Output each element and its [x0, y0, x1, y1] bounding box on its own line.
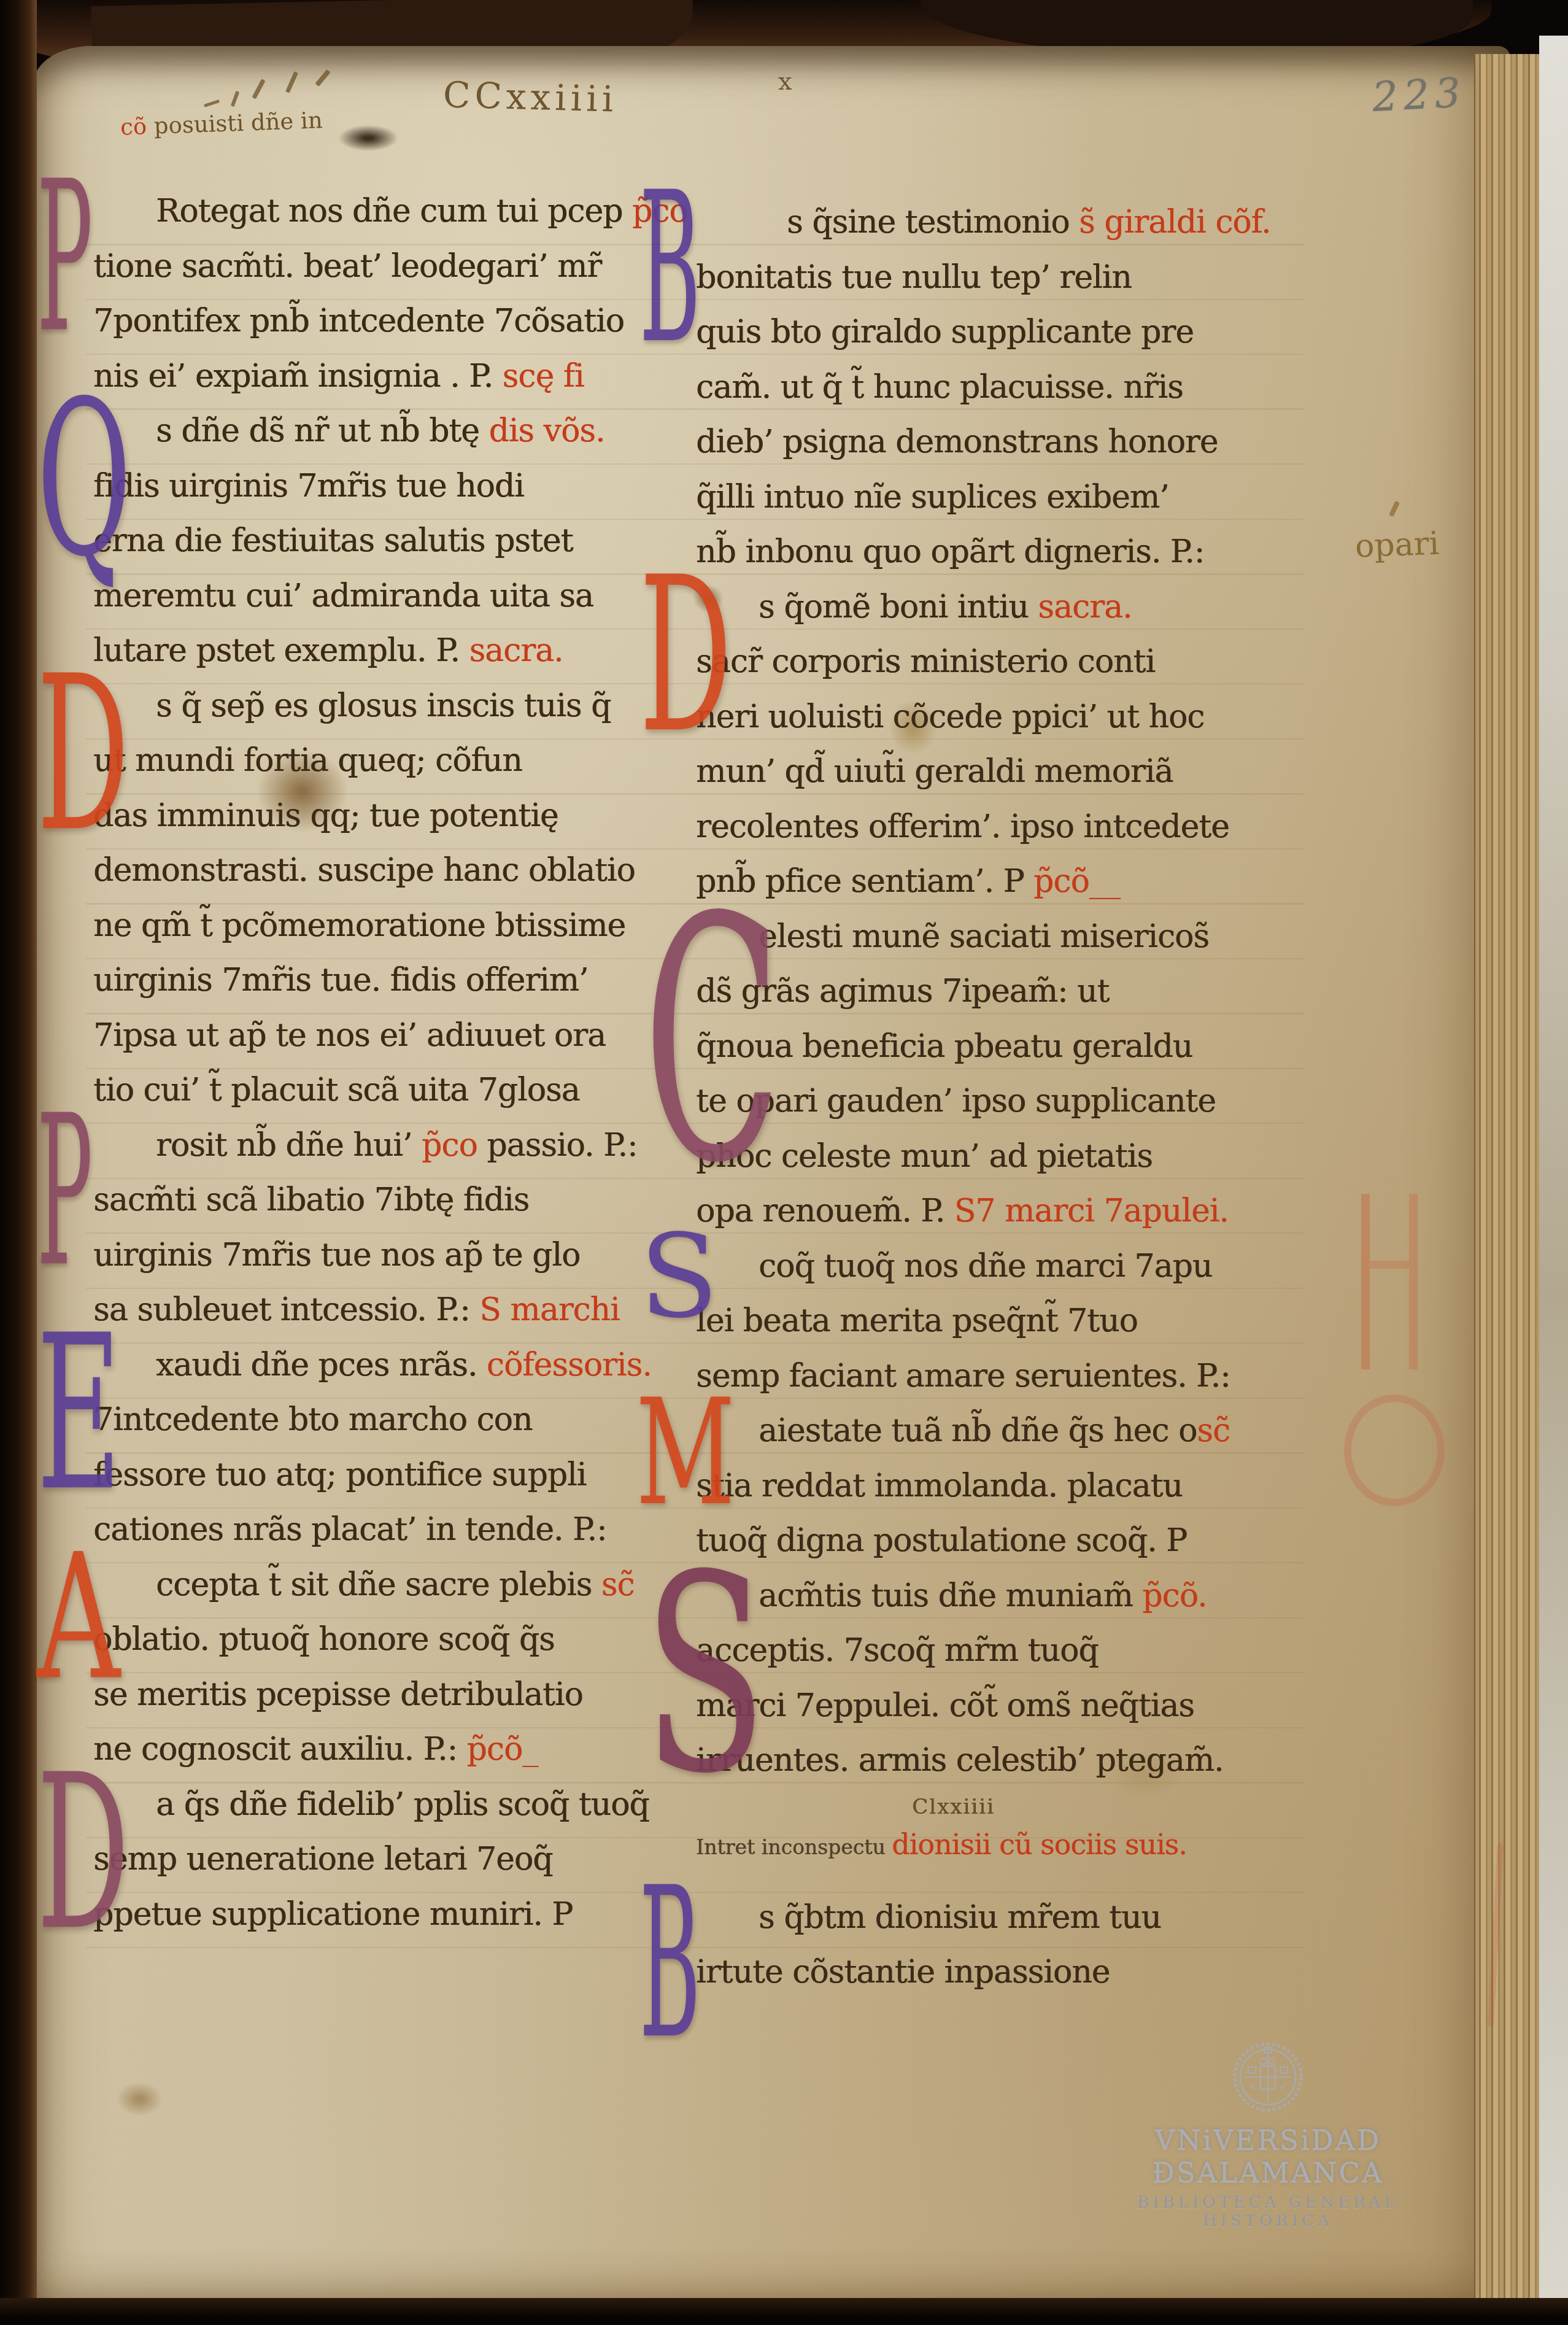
- illuminated-initial: E: [37, 1329, 121, 1500]
- rubric-text: s̃ giraldi cõf.: [1079, 204, 1270, 241]
- text-line: lutare pstet exemplu. P. sacra.: [93, 624, 655, 679]
- prayer-paragraph: Da q̃s dñe fidelib’ pplis scoq̃ tuoq̃sem…: [93, 1778, 655, 1943]
- text-line: nb̃ inbonu quo opãrt digneris. P.:: [696, 525, 1307, 580]
- body-text: demonstrasti. suscipe hanc oblatio: [93, 852, 635, 889]
- text-line: tio cui’ t̃ placuit scã uita 7glosa: [93, 1063, 655, 1118]
- body-text: mun’ qd̃ uiut̃i geraldi memoriã: [696, 753, 1173, 790]
- body-text: neri uoluisti cõcede ppici’ ut hoc: [696, 698, 1204, 735]
- library-watermark: VNiVERSiDAD ĐSALAMANCA BIBLIOTECA GENERA…: [1128, 2041, 1408, 2230]
- rubric-text: dionisii cũ sociis suis.: [892, 1828, 1187, 1861]
- body-text: s q̃ sep̃ es glosus inscis tuis q̃: [156, 687, 611, 724]
- text-line: ppetue supplicatione muniri. P: [93, 1887, 655, 1943]
- pencil-page-number: 223: [1371, 69, 1467, 121]
- body-text: das imminuis qq; tue potentię: [93, 797, 558, 834]
- body-text: lei beata merita pseq̃nt̃ 7tuo: [696, 1302, 1138, 1339]
- text-line: pnb̃ pfice sentiam’. P p̃cõ__: [696, 854, 1307, 910]
- watermark-university-name: VNiVERSiDAD: [1128, 2124, 1408, 2156]
- text-line: oblatio. ptuoq̃ honore scoq̃ q̃s: [93, 1612, 655, 1668]
- text-line: s q̃sine testimonio s̃ giraldi cõf.: [696, 195, 1307, 250]
- body-text: semp ueneratione letari 7eoq̃: [93, 1841, 552, 1878]
- body-text: s q̃sine testimonio: [787, 204, 1079, 241]
- text-line: neri uoluisti cõcede ppici’ ut hoc: [696, 690, 1307, 745]
- rubric-text: S marchi: [479, 1291, 620, 1328]
- body-text: tione sacm̃ti. beat’ leodegari’ mr̃: [93, 248, 601, 285]
- text-line: cam̃. ut q̃ t̃ hunc placuisse. nr̃is: [696, 360, 1307, 416]
- body-text: fessore tuo atq; pontifice suppli: [93, 1457, 586, 1493]
- rubric-text: S7 marci 7apulei.: [954, 1193, 1229, 1229]
- illuminated-initial: D: [639, 571, 732, 742]
- rubric-text: sc̃: [1197, 1412, 1230, 1449]
- illuminated-initial: B: [639, 187, 700, 353]
- illuminated-initial: C: [643, 907, 782, 1175]
- illuminated-initial: A: [37, 1549, 120, 1688]
- text-line: quis bto giraldo supplicante pre: [696, 305, 1307, 360]
- body-text: semp faciant amare seruientes. P.:: [696, 1358, 1230, 1395]
- rubric-text: p̃cõ_: [466, 1731, 538, 1768]
- left-text-column: PRotegat nos dñe cum tui pcep p̃cotione …: [93, 184, 655, 1942]
- body-text: ppetue supplicatione muniri. P: [93, 1896, 573, 1933]
- body-text: cam̃. ut q̃ t̃ hunc placuisse. nr̃is: [696, 369, 1183, 406]
- catchword-folio-note: Clxxiiii: [696, 1789, 1307, 1825]
- marginal-note-rubric: cõ: [120, 113, 147, 140]
- text-line: nis ei’ expiam̃ insignia . P. scę fi: [93, 349, 655, 404]
- text-line: sacr̃ corporis ministerio conti: [696, 635, 1307, 690]
- text-line: acceptis. 7scoq̃ mr̃m tuoq̃: [696, 1623, 1307, 1679]
- body-text: Intret inconspectu: [696, 1835, 892, 1859]
- body-text: xaudi dñe pces nrãs.: [156, 1347, 487, 1383]
- body-text: elesti munẽ saciati misericos̃: [759, 918, 1209, 955]
- body-text: bonitatis tue nullu tep’ relin: [696, 259, 1132, 296]
- text-line: te opari gauden’ ipso supplicante: [696, 1074, 1307, 1129]
- rubric-text: cõfessoris.: [487, 1347, 652, 1383]
- text-line: mun’ qd̃ uiut̃i geraldi memoriã: [696, 745, 1307, 800]
- illuminated-initial: S: [639, 1231, 719, 1323]
- rubric-text: sacra.: [469, 632, 563, 669]
- text-line: ne cognoscit auxiliu. P.: p̃cõ_: [93, 1722, 655, 1778]
- right-marginal-note: opari: [1354, 525, 1440, 565]
- text-line: 7pontifex pnb̃ intcedente 7cõsatio: [93, 294, 655, 349]
- body-text: tio cui’ t̃ placuit scã uita 7glosa: [93, 1072, 580, 1108]
- body-text: acm̃tis tuis dñe muniam̃: [759, 1577, 1142, 1614]
- body-text: fidis uirginis 7mr̃is tue hodi: [93, 468, 524, 505]
- folio-number: CCxxiiii: [442, 74, 618, 120]
- text-line: Intret inconspectu dionisii cũ sociis su…: [696, 1825, 1307, 1862]
- body-text: sacm̃ti scã libatio 7ibtę fidis: [93, 1182, 529, 1218]
- prayer-paragraph: Scoq̃ tuoq̃ nos dñe marci 7apulei beata …: [696, 1239, 1307, 1404]
- university-seal-icon: [1232, 2041, 1303, 2113]
- prayer-paragraph: Ds q̃ sep̃ es glosus inscis tuis q̃ut mu…: [93, 679, 655, 1118]
- body-text: nis ei’ expiam̃ insignia . P.: [93, 358, 503, 395]
- book-gutter: [0, 0, 37, 2325]
- text-line: q̃noua beneficia pbeatu geraldu: [696, 1019, 1307, 1075]
- body-text: ne cognoscit auxiliu. P.:: [93, 1731, 466, 1768]
- text-line: Rotegat nos dñe cum tui pcep p̃co: [93, 184, 655, 239]
- prayer-paragraph: Accepta t̃ sit dñe sacre plebis sc̃oblat…: [93, 1558, 655, 1778]
- body-text: a q̃s dñe fidelib’ pplis scoq̃ tuoq̃: [156, 1786, 649, 1823]
- text-line: 7ipsa ut ap̃ te nos ei’ adiuuet ora: [93, 1008, 655, 1064]
- watermark-city-name: ĐSALAMANCA: [1128, 2156, 1408, 2189]
- text-line: s dñe ds̃ nr̃ ut nb̃ btę dis võs.: [93, 404, 655, 459]
- prayer-paragraph: PRotegat nos dñe cum tui pcep p̃cotione …: [93, 184, 655, 404]
- text-line: uirginis 7mr̃is tue nos ap̃ te glo: [93, 1228, 655, 1283]
- text-line: erna die festiuitas salutis pstet: [93, 514, 655, 569]
- text-line: irtute cõstantie inpassione: [696, 1945, 1307, 2000]
- text-line: rosit nb̃ dñe hui’ p̃co passio. P.:: [93, 1118, 655, 1174]
- prayer-paragraph: Sacm̃tis tuis dñe muniam̃ p̃cõ.acceptis.…: [696, 1569, 1307, 1789]
- text-line: semp ueneratione letari 7eoq̃: [93, 1832, 655, 1887]
- text-line: bonitatis tue nullu tep’ relin: [696, 250, 1307, 306]
- body-text: tuoq̃ digna postulatione scoq̃. P: [696, 1522, 1187, 1559]
- body-text: coq̃ tuoq̃ nos dñe marci 7apu: [759, 1248, 1212, 1285]
- watermark-library-name: BIBLIOTECA GENERAL HISTÓRICA: [1128, 2194, 1408, 2230]
- prayer-paragraph: Exaudi dñe pces nrãs. cõfessoris.7intced…: [93, 1338, 655, 1558]
- text-line: aiestate tuã nb̃ dñe q̃s hec osc̃: [696, 1404, 1307, 1459]
- illuminated-initial: D: [37, 1769, 129, 1940]
- body-text: nb̃ inbonu quo opãrt digneris. P.:: [696, 533, 1204, 570]
- body-text: oblatio. ptuoq̃ honore scoq̃ q̃s: [93, 1621, 555, 1658]
- prayer-paragraph: Ds q̃omẽ boni intiu sacra.sacr̃ corporis…: [696, 580, 1307, 910]
- text-line: s q̃ sep̃ es glosus inscis tuis q̃: [93, 679, 655, 734]
- text-line: se meritis pcepisse detribulatio: [93, 1668, 655, 1723]
- text-line: recolentes offerim’. ipso intcedete: [696, 800, 1307, 855]
- body-text: s q̃omẽ boni intiu: [759, 589, 1038, 625]
- prayer-paragraph: Bs q̃btm dionisiu mr̃em tuuirtute cõstan…: [696, 1890, 1307, 2000]
- body-text: uirginis 7mr̃is tue. fidis offerim’: [93, 962, 588, 999]
- text-line: s q̃omẽ boni intiu sacra.: [696, 580, 1307, 635]
- text-line: demonstrasti. suscipe hanc oblatio: [93, 843, 655, 899]
- text-line: acm̃tis tuis dñe muniam̃ p̃cõ.: [696, 1569, 1307, 1624]
- prayer-paragraph: Qs dñe ds̃ nr̃ ut nb̃ btę dis võs.fidis …: [93, 404, 655, 679]
- body-text: quis bto giraldo supplicante pre: [696, 314, 1194, 350]
- interline-note: ClxxiiiiIntret inconspectu dionisii cũ s…: [696, 1789, 1307, 1862]
- text-line: tione sacm̃ti. beat’ leodegari’ mr̃: [93, 239, 655, 295]
- illuminated-initial: B: [639, 1882, 700, 2048]
- body-text: uirginis 7mr̃is tue nos ap̃ te glo: [93, 1237, 580, 1274]
- text-line: marci 7eppulei. cõt̃ oms̃ neq̃tias: [696, 1679, 1307, 1734]
- illuminated-initial: S: [643, 1566, 767, 1784]
- body-text: s q̃btm dionisiu mr̃em tuu: [759, 1899, 1161, 1936]
- text-line: lei beata merita pseq̃nt̃ 7tuo: [696, 1294, 1307, 1349]
- body-text: Rotegat nos dñe cum tui pcep: [156, 193, 622, 230]
- rubric-text: sacra.: [1038, 589, 1132, 625]
- body-text: lutare pstet exemplu. P.: [93, 632, 469, 669]
- text-line: s q̃btm dionisiu mr̃em tuu: [696, 1890, 1307, 1946]
- body-text: marci 7eppulei. cõt̃ oms̃ neq̃tias: [696, 1687, 1194, 1724]
- rubric-text: dis võs.: [489, 412, 604, 449]
- text-line: phoc celeste mun’ ad pietatis: [696, 1129, 1307, 1185]
- text-line: opa renouem̃. P. S7 marci 7apulei.: [696, 1184, 1307, 1239]
- body-text: 7intcedente bto marcho con: [93, 1401, 532, 1438]
- prayer-paragraph: Bs q̃sine testimonio s̃ giraldi cõf.boni…: [696, 195, 1307, 580]
- parchment-stain: [117, 2082, 163, 2116]
- illuminated-initial: P: [37, 1110, 93, 1276]
- body-text: erna die festiuitas salutis pstet: [93, 522, 573, 559]
- text-line: fessore tuo atq; pontifice suppli: [93, 1448, 655, 1503]
- text-line: semp faciant amare seruientes. P.:: [696, 1349, 1307, 1404]
- body-text: ccepta t̃ sit dñe sacre plebis: [156, 1566, 601, 1603]
- text-line: ne qm̃ t̃ pcõmemoratione btissime: [93, 899, 655, 954]
- rubric-text: p̃cõ__: [1033, 863, 1120, 900]
- next-page-edge: [1539, 36, 1568, 2325]
- manuscript-photo: cõ posuisti dñe in CCxxiiii x 223 PRoteg…: [0, 0, 1568, 2325]
- text-line: stia reddat immolanda. placatu: [696, 1459, 1307, 1514]
- body-text: rosit nb̃ dñe hui’: [156, 1127, 422, 1164]
- prayer-paragraph: Prosit nb̃ dñe hui’ p̃co passio. P.:sacm…: [93, 1118, 655, 1338]
- illuminated-initial: Q: [37, 395, 131, 566]
- text-line: ccepta t̃ sit dñe sacre plebis sc̃: [93, 1558, 655, 1613]
- text-line: meremtu cui’ admiranda uita sa: [93, 569, 655, 624]
- text-line: elesti munẽ saciati misericos̃: [696, 910, 1307, 965]
- body-text: cationes nrãs placat’ in tende. P.:: [93, 1511, 606, 1548]
- body-text: recolentes offerim’. ipso intcedete: [696, 808, 1229, 845]
- text-line: cationes nrãs placat’ in tende. P.:: [93, 1503, 655, 1558]
- body-text: passio. P.:: [487, 1127, 637, 1164]
- page-fore-edges: [1474, 54, 1542, 2303]
- prayer-paragraph: Maiestate tuã nb̃ dñe q̃s hec osc̃stia r…: [696, 1404, 1307, 1569]
- text-line: dieb’ psigna demonstrans honore: [696, 415, 1307, 470]
- text-line: 7intcedente bto marcho con: [93, 1393, 655, 1448]
- red-offset-mark: [1361, 1194, 1418, 1369]
- body-text: se meritis pcepisse detribulatio: [93, 1676, 583, 1713]
- body-text: stia reddat immolanda. placatu: [696, 1468, 1183, 1504]
- body-text: irruentes. armis celestib’ ptegam̃.: [696, 1742, 1223, 1779]
- body-text: irtute cõstantie inpassione: [696, 1954, 1110, 1990]
- body-text: q̃illi intuo nĩe suplices exibem’: [696, 479, 1169, 516]
- text-line: sacm̃ti scã libatio 7ibtę fidis: [93, 1173, 655, 1228]
- body-text: ne qm̃ t̃ pcõmemoratione btissime: [93, 907, 625, 944]
- right-text-column: Bs q̃sine testimonio s̃ giraldi cõf.boni…: [696, 195, 1307, 2000]
- photo-bottom-edge: [0, 2298, 1568, 2325]
- text-line: xaudi dñe pces nrãs. cõfessoris.: [93, 1338, 655, 1393]
- text-line: irruentes. armis celestib’ ptegam̃.: [696, 1733, 1307, 1789]
- text-line: a q̃s dñe fidelib’ pplis scoq̃ tuoq̃: [93, 1778, 655, 1833]
- text-line: q̃illi intuo nĩe suplices exibem’: [696, 470, 1307, 525]
- body-text: ut mundi fortia queq; cõfun: [93, 742, 522, 779]
- illuminated-initial: D: [37, 670, 129, 841]
- body-text: dieb’ psigna demonstrans honore: [696, 424, 1218, 460]
- body-text: aiestate tuã nb̃ dñe q̃s hec o: [759, 1412, 1197, 1449]
- body-text: 7ipsa ut ap̃ te nos ei’ adiuuet ora: [93, 1017, 606, 1054]
- ink-blot-stain: [339, 125, 398, 151]
- body-text: s dñe ds̃ nr̃ ut nb̃ btę: [156, 412, 489, 449]
- illuminated-initial: P: [37, 176, 93, 342]
- text-line: ds̃ grãs agimus 7ipeam̃: ut: [696, 964, 1307, 1019]
- rubric-text: sc̃: [601, 1566, 635, 1603]
- body-text: sacr̃ corporis ministerio conti: [696, 643, 1155, 680]
- text-line: sa subleuet intcessio. P.: S marchi: [93, 1283, 655, 1338]
- text-line: uirginis 7mr̃is tue. fidis offerim’: [93, 953, 655, 1008]
- text-line: fidis uirginis 7mr̃is tue hodi: [93, 459, 655, 514]
- body-text: sa subleuet intcessio. P.:: [93, 1291, 479, 1328]
- illuminated-initial: M: [636, 1395, 735, 1512]
- body-text: meremtu cui’ admiranda uita sa: [93, 578, 593, 614]
- text-line: ut mundi fortia queq; cõfun: [93, 733, 655, 789]
- text-line: das imminuis qq; tue potentię: [93, 789, 655, 844]
- text-line: tuoq̃ digna postulatione scoq̃. P: [696, 1514, 1307, 1569]
- rubric-text: scę fi: [503, 358, 584, 395]
- body-text: 7pontifex pnb̃ intcedente 7cõsatio: [93, 303, 624, 339]
- text-line: coq̃ tuoq̃ nos dñe marci 7apu: [696, 1239, 1307, 1294]
- rubric-text: p̃co: [422, 1127, 487, 1164]
- prayer-paragraph: Celesti munẽ saciati misericos̃ds̃ grãs …: [696, 910, 1307, 1239]
- rubric-text: p̃cõ.: [1142, 1577, 1207, 1614]
- quire-mark: x: [778, 68, 792, 96]
- red-ghost-ring: [1344, 1395, 1445, 1506]
